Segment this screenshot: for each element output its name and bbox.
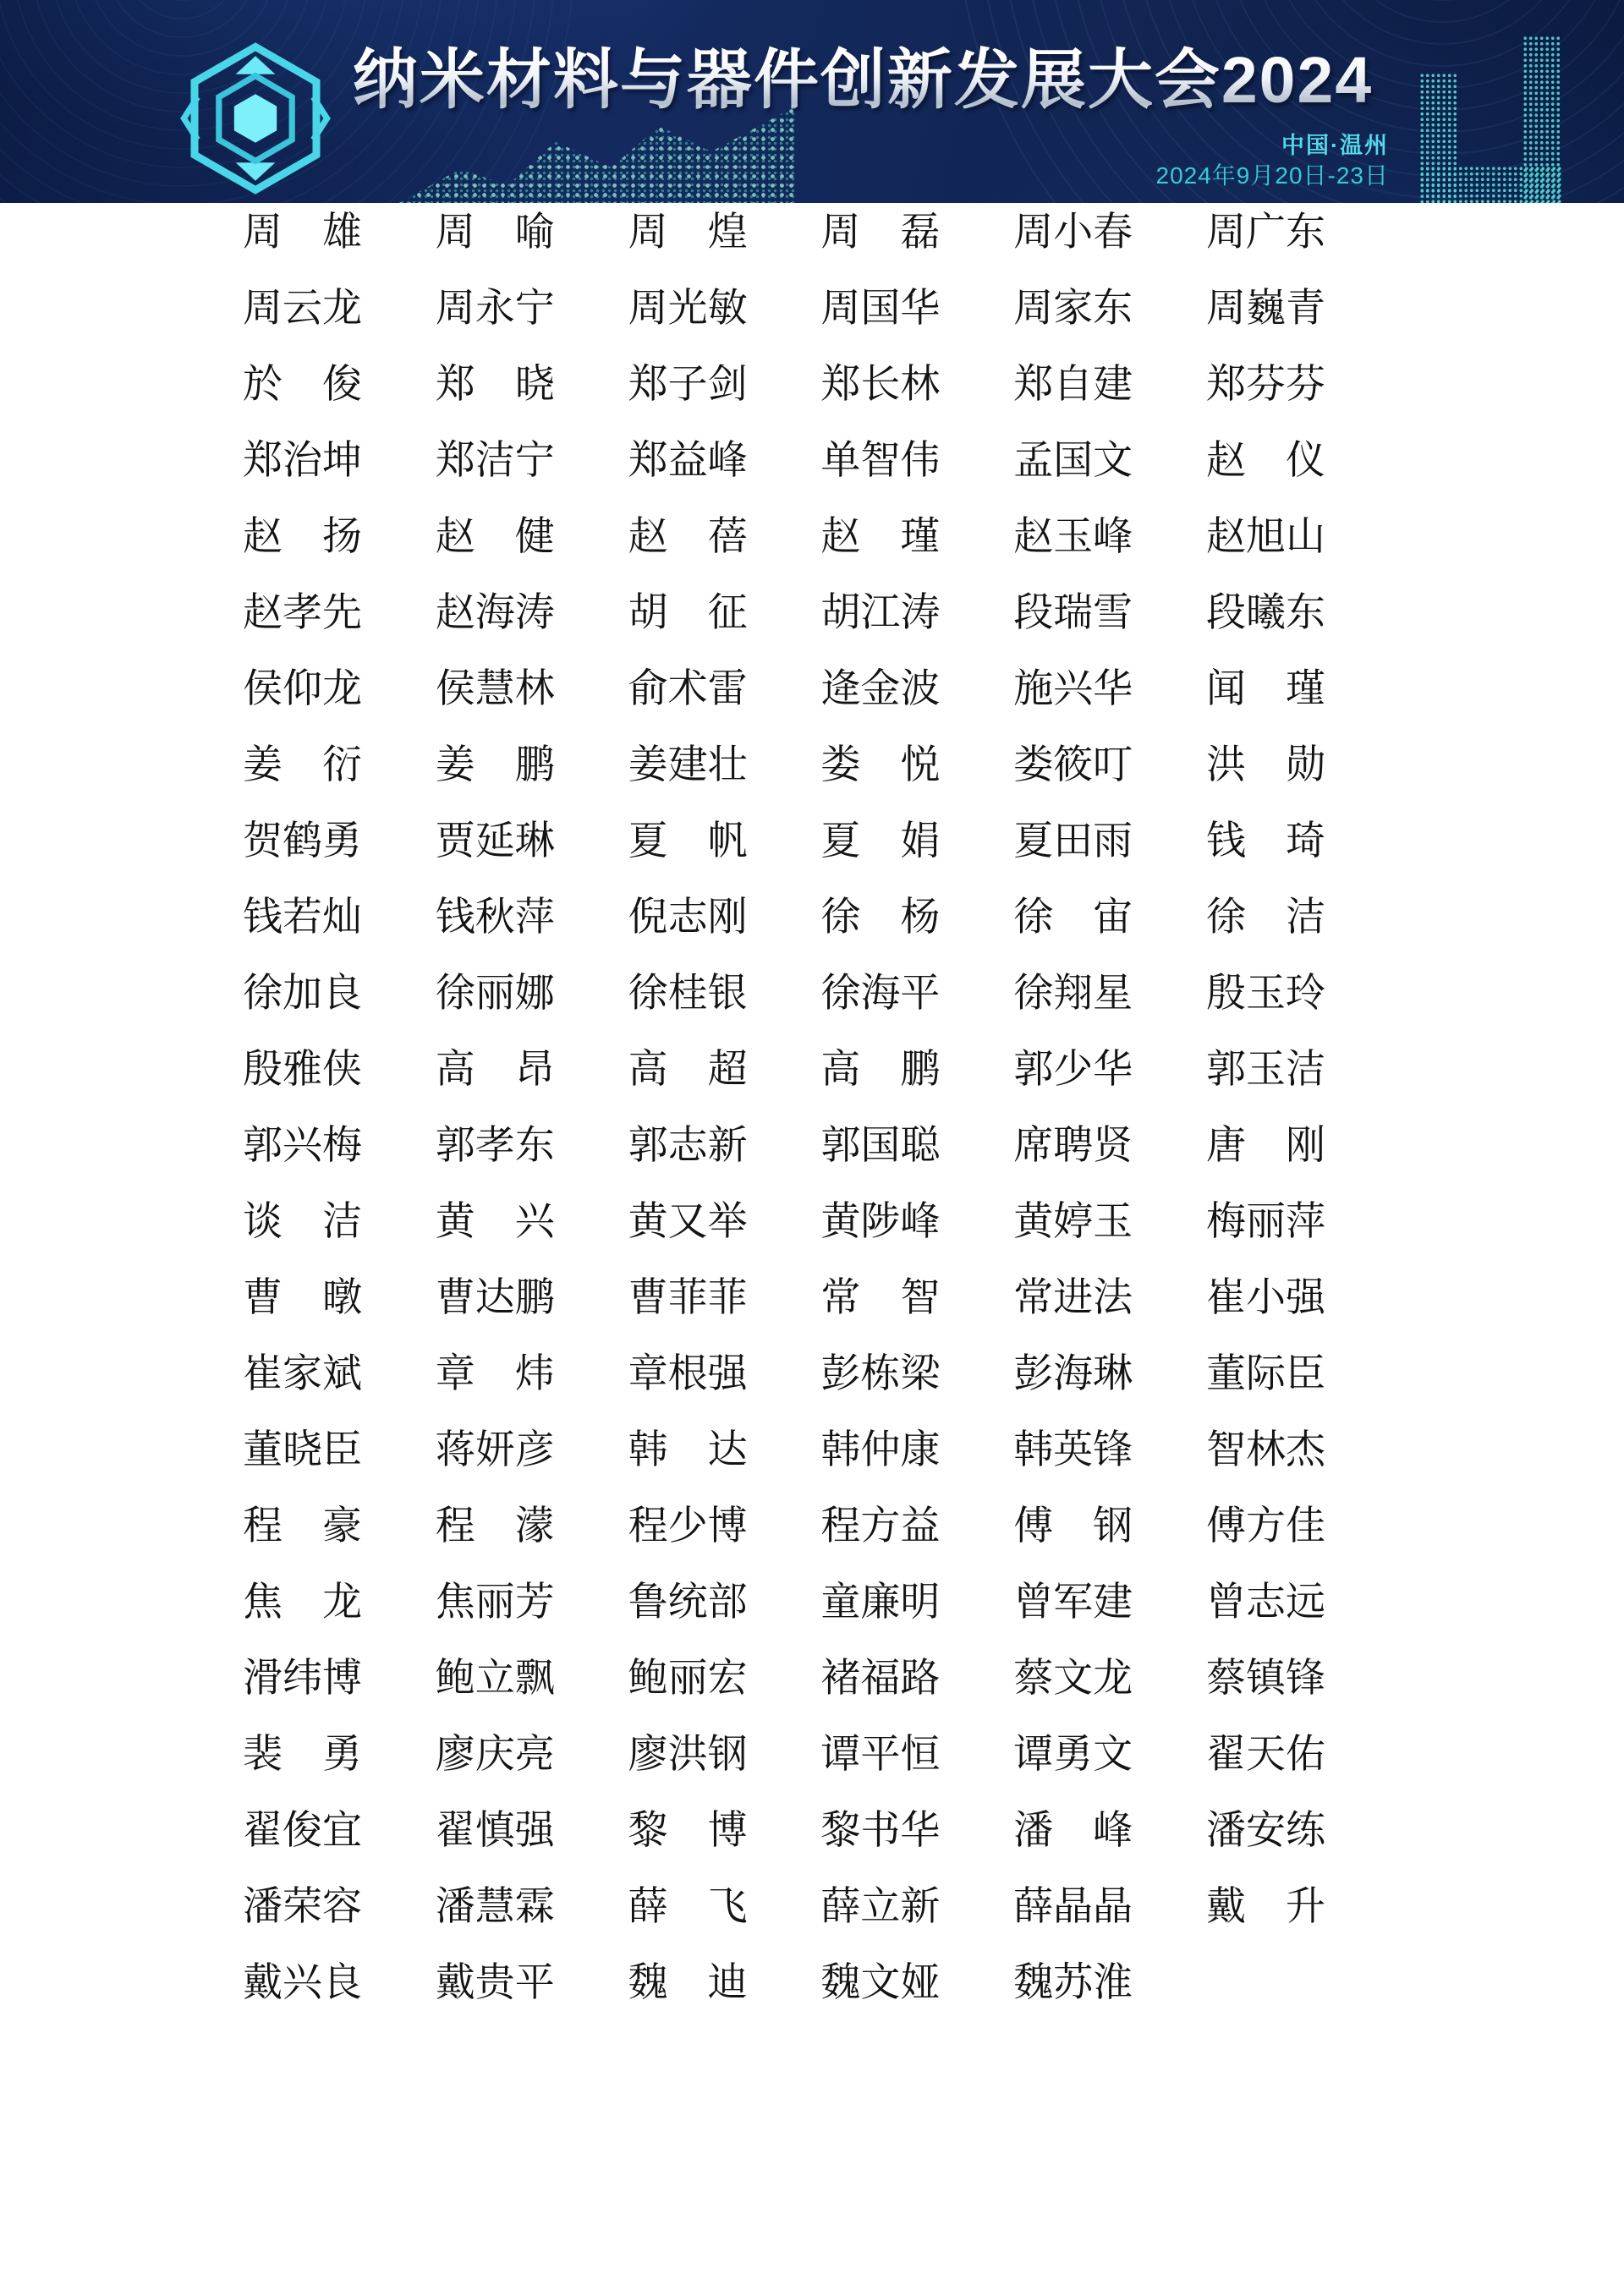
attendee-name: 焦龙 [243, 1583, 362, 1623]
attendee-name: 薛晶晶 [1013, 1888, 1133, 1927]
attendee-name: 施兴华 [1013, 670, 1133, 710]
attendee-name: 鲁统部 [628, 1583, 748, 1623]
attendee-name: 黄陟峰 [820, 1203, 940, 1242]
page: 纳米材料与器件创新发展大会2024 中国·温州 2024年9月20日-23日 周… [0, 0, 1624, 2296]
attendee-name: 赵旭山 [1206, 518, 1325, 557]
attendee-name: 崔小强 [1206, 1279, 1325, 1318]
attendee-name: 娄悦 [820, 746, 940, 786]
attendee-name: 郭志新 [628, 1126, 748, 1166]
attendee-name: 董际臣 [1206, 1355, 1325, 1395]
attendee-name: 闻瑾 [1206, 670, 1325, 710]
attendee-name: 胡征 [628, 594, 748, 633]
attendee-name: 魏文娅 [820, 1964, 940, 2003]
attendee-name: 唐刚 [1206, 1126, 1325, 1166]
attendee-name: 周巍青 [1206, 289, 1325, 329]
attendee-name: 程少博 [628, 1507, 748, 1547]
attendee-name: 徐加良 [243, 974, 362, 1014]
attendee-name: 郑益峰 [628, 441, 748, 481]
attendee-name: 殷雅侠 [243, 1050, 362, 1090]
attendee-name: 赵扬 [243, 518, 362, 557]
attendee-name: 滑纬博 [243, 1659, 362, 1699]
attendee-name: 薛飞 [628, 1888, 748, 1927]
attendee-name: 程豪 [243, 1507, 362, 1547]
attendee-name: 郑晓 [436, 365, 555, 405]
attendee-name: 周小春 [1013, 213, 1133, 253]
attendee-name: 潘荣容 [243, 1888, 362, 1927]
attendee-name: 郭国聪 [820, 1126, 940, 1166]
attendee-name: 周煌 [628, 213, 748, 253]
attendee-name: 曹达鹏 [436, 1279, 555, 1318]
attendee-name: 鲍丽宏 [628, 1659, 748, 1699]
attendee-name: 常智 [820, 1279, 940, 1318]
attendee-name: 徐翔星 [1013, 974, 1133, 1014]
attendee-name-grid: 周雄周喻周煌周磊周小春周广东周云龙周永宁周光敏周国华周家东周巍青於俊郑晓郑子剑郑… [243, 195, 1325, 2021]
attendee-name: 郑洁宁 [436, 441, 555, 481]
attendee-name: 彭海琳 [1013, 1355, 1133, 1395]
attendee-name: 胡江涛 [820, 594, 940, 633]
attendee-name: 周光敏 [628, 289, 748, 329]
attendee-name: 戴兴良 [243, 1964, 362, 2003]
attendee-name: 童廉明 [820, 1583, 940, 1623]
attendee-name: 席聘贤 [1013, 1126, 1133, 1166]
attendee-name: 逄金波 [820, 670, 940, 710]
dates-label: 2024年9月20日-23日 [1156, 157, 1389, 191]
attendee-name: 程方益 [820, 1507, 940, 1547]
attendee-name: 周雄 [243, 213, 362, 253]
attendee-name: 廖洪钢 [628, 1735, 748, 1775]
splash-dots-decoration [396, 107, 795, 203]
attendee-name: 徐海平 [820, 974, 940, 1014]
attendee-name: 翟天佑 [1206, 1735, 1325, 1775]
attendee-name: 梅丽萍 [1206, 1203, 1325, 1242]
attendee-name: 韩仲康 [820, 1431, 940, 1471]
attendee-name: 夏娟 [820, 822, 940, 862]
attendee-name: 蔡镇锋 [1206, 1659, 1325, 1699]
attendee-name: 高昂 [436, 1050, 555, 1090]
attendee-name: 贺鹤勇 [243, 822, 362, 862]
attendee-name: 黄婷玉 [1013, 1203, 1133, 1242]
attendee-name: 郑长林 [820, 365, 940, 405]
attendee-name: 俞术雷 [628, 670, 748, 710]
conference-logo-icon [179, 42, 332, 195]
attendee-name: 曹菲菲 [628, 1279, 748, 1318]
attendee-name: 赵海涛 [436, 594, 555, 633]
attendee-name: 孟国文 [1013, 441, 1133, 481]
attendee-name: 郑芬芬 [1206, 365, 1325, 405]
attendee-name: 崔家斌 [243, 1355, 362, 1395]
attendee-name: 高超 [628, 1050, 748, 1090]
attendee-name: 潘峰 [1013, 1811, 1133, 1851]
attendee-name: 鲍立飘 [436, 1659, 555, 1699]
attendee-name: 魏苏淮 [1013, 1964, 1133, 2003]
attendee-name: 周永宁 [436, 289, 555, 329]
attendee-name: 郭孝东 [436, 1126, 555, 1166]
attendee-name: 戴升 [1206, 1888, 1325, 1927]
attendee-name: 段曦东 [1206, 594, 1325, 633]
attendee-name: 段瑞雪 [1013, 594, 1133, 633]
attendee-name: 常进法 [1013, 1279, 1133, 1318]
attendee-name: 韩英锋 [1013, 1431, 1133, 1471]
attendee-name: 夏帆 [628, 822, 748, 862]
attendee-name: 赵瑾 [820, 518, 940, 557]
attendee-name: 郭兴梅 [243, 1126, 362, 1166]
attendee-name: 郭玉洁 [1206, 1050, 1325, 1090]
attendee-name: 程濛 [436, 1507, 555, 1547]
attendee-name: 郑自建 [1013, 365, 1133, 405]
header-banner: 纳米材料与器件创新发展大会2024 中国·温州 2024年9月20日-23日 [0, 0, 1624, 203]
dot-pattern-bar-bottom [1419, 166, 1561, 203]
attendee-name: 廖庆亮 [436, 1735, 555, 1775]
attendee-name: 周磊 [820, 213, 940, 253]
attendee-name: 赵孝先 [243, 594, 362, 633]
location-label: 中国·温州 [1281, 127, 1389, 160]
attendee-name: 洪勋 [1206, 746, 1325, 786]
attendee-name: 郑治坤 [243, 441, 362, 481]
attendee-name: 黎书华 [820, 1811, 940, 1851]
attendee-name: 傅钢 [1013, 1507, 1133, 1547]
attendee-name: 郭少华 [1013, 1050, 1133, 1090]
attendee-name: 彭栋梁 [820, 1355, 940, 1395]
attendee-name: 戴贵平 [436, 1964, 555, 2003]
attendee-name: 周云龙 [243, 289, 362, 329]
attendee-name: 黄兴 [436, 1203, 555, 1242]
attendee-name: 单智伟 [820, 441, 940, 481]
attendee-name: 徐洁 [1206, 898, 1325, 938]
attendee-name: 裴勇 [243, 1735, 362, 1775]
attendee-name: 姜衍 [243, 746, 362, 786]
attendee-name: 潘慧霖 [436, 1888, 555, 1927]
attendee-name: 章炜 [436, 1355, 555, 1395]
attendee-name: 薛立新 [820, 1888, 940, 1927]
attendee-name: 智林杰 [1206, 1431, 1325, 1471]
attendee-name: 钱琦 [1206, 822, 1325, 862]
attendee-name: 黄又举 [628, 1203, 748, 1242]
attendee-name: 倪志刚 [628, 898, 748, 938]
attendee-name: 谈洁 [243, 1203, 362, 1242]
attendee-name: 夏田雨 [1013, 822, 1133, 862]
attendee-name: 韩达 [628, 1431, 748, 1471]
attendee-name: 周喻 [436, 213, 555, 253]
attendee-name: 潘安练 [1206, 1811, 1325, 1851]
attendee-name: 殷玉玲 [1206, 974, 1325, 1014]
attendee-name: 曾志远 [1206, 1583, 1325, 1623]
attendee-name: 褚福路 [820, 1659, 940, 1699]
attendee-name: 焦丽芳 [436, 1583, 555, 1623]
attendee-name: 徐丽娜 [436, 974, 555, 1014]
attendee-name: 徐宙 [1013, 898, 1133, 938]
attendee-name: 赵玉峰 [1013, 518, 1133, 557]
attendee-name: 姜建壮 [628, 746, 748, 786]
attendee-name: 周家东 [1013, 289, 1133, 329]
attendee-name: 高鹏 [820, 1050, 940, 1090]
attendee-name: 蔡文龙 [1013, 1659, 1133, 1699]
conference-title: 纳米材料与器件创新发展大会2024 [321, 42, 1404, 118]
attendee-name: 曾军建 [1013, 1583, 1133, 1623]
attendee-name: 郑子剑 [628, 365, 748, 405]
attendee-name: 黎博 [628, 1811, 748, 1851]
attendee-name: 徐杨 [820, 898, 940, 938]
attendee-name: 傅方佳 [1206, 1507, 1325, 1547]
attendee-name: 钱若灿 [243, 898, 362, 938]
attendee-name: 贾延琳 [436, 822, 555, 862]
attendee-name: 侯慧林 [436, 670, 555, 710]
attendee-name: 谭勇文 [1013, 1735, 1133, 1775]
attendee-name: 赵健 [436, 518, 555, 557]
attendee-name: 徐桂银 [628, 974, 748, 1014]
attendee-name: 章根强 [628, 1355, 748, 1395]
attendee-name: 魏迪 [628, 1964, 748, 2003]
attendee-name: 翟慎强 [436, 1811, 555, 1851]
attendee-name: 曹暾 [243, 1279, 362, 1318]
attendee-name: 钱秋萍 [436, 898, 555, 938]
attendee-name: 周广东 [1206, 213, 1325, 253]
attendee-name: 赵仪 [1206, 441, 1325, 481]
attendee-name: 谭平恒 [820, 1735, 940, 1775]
attendee-name: 翟俊宜 [243, 1811, 362, 1851]
attendee-name: 董晓臣 [243, 1431, 362, 1471]
attendee-name: 蒋妍彦 [436, 1431, 555, 1471]
attendee-name: 於俊 [243, 365, 362, 405]
attendee-name: 侯仰龙 [243, 670, 362, 710]
attendee-name: 娄筱叮 [1013, 746, 1133, 786]
attendee-name: 周国华 [820, 289, 940, 329]
attendee-name: 赵蓓 [628, 518, 748, 557]
attendee-name: 姜鹏 [436, 746, 555, 786]
